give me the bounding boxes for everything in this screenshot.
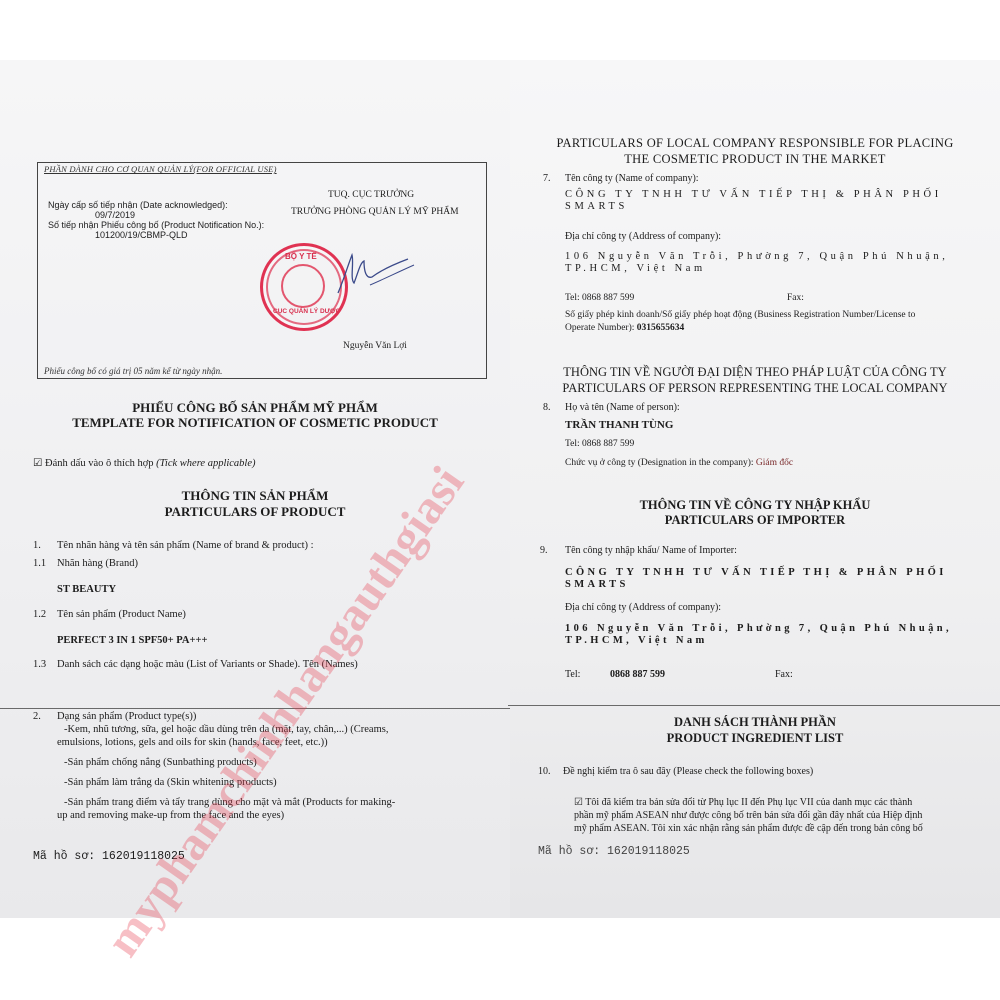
tick-note: ☑ Đánh dấu vào ô thích hợp (Tick where a… — [33, 457, 256, 469]
product-section-vi: THÔNG TIN SẢN PHẨM — [0, 488, 510, 504]
form-title-english: TEMPLATE FOR NOTIFICATION OF COSMETIC PR… — [0, 415, 510, 431]
left-document-page: PHẦN DÀNH CHO CƠ QUAN QUẢN LÝ(FOR OFFICI… — [0, 60, 510, 918]
product-type-1-line2: emulsions, lotions, gels and oils for sk… — [57, 737, 328, 748]
date-acknowledged-value: 09/7/2019 — [95, 210, 135, 220]
form-title-vietnamese: PHIẾU CÔNG BỐ SẢN PHẨM MỸ PHẨM — [0, 400, 510, 416]
item-2-number: 2. — [33, 711, 41, 722]
signature-icon — [330, 249, 420, 299]
product-type-1-line1: -Kem, nhũ tương, sữa, gel hoặc dầu dùng … — [64, 724, 388, 735]
product-name-value: PERFECT 3 IN 1 SPF50+ PA+++ — [57, 635, 207, 646]
checked-box-icon: ☑ — [33, 458, 42, 469]
company-name-line1: CÔNG TY TNHH TƯ VẤN TIẾP THỊ & PHÂN PHỐI — [565, 189, 942, 200]
item-1-label: Tên nhãn hàng và tên sản phẩm (Name of b… — [57, 540, 314, 551]
product-name-label: Tên sản phẩm (Product Name) — [57, 609, 186, 620]
page-fold-left — [0, 708, 510, 709]
importer-name-label: Tên công ty nhập khẩu/ Name of Importer: — [565, 545, 737, 556]
representative-section-vi: THÔNG TIN VỀ NGƯỜI ĐẠI DIỆN THEO PHÁP LU… — [510, 365, 1000, 380]
signer-name: Nguyễn Văn Lợi — [343, 341, 407, 351]
item-1-3-number: 1.3 — [33, 659, 46, 670]
date-acknowledged-label: Ngày cấp số tiếp nhận (Date acknowledged… — [48, 200, 228, 210]
importer-name-line1: CÔNG TY TNHH TƯ VẤN TIẾP THỊ & PHÂN PHỐI — [565, 567, 947, 578]
product-type-3: -Sản phẩm làm trắng da (Skin whitening p… — [64, 777, 277, 788]
right-document-page: PARTICULARS OF LOCAL COMPANY RESPONSIBLE… — [510, 60, 1000, 918]
item-1-2-number: 1.2 — [33, 609, 46, 620]
product-type-4-line1: -Sản phẩm trang điểm và tẩy trang dùng c… — [64, 797, 395, 808]
importer-name-line2: SMARTS — [565, 579, 629, 590]
license-line2: Operate Number): 0315655634 — [565, 323, 684, 333]
item-8-number: 8. — [543, 402, 551, 413]
representative-section-en: PARTICULARS OF PERSON REPRESENTING THE L… — [510, 381, 1000, 396]
importer-section-vi: THÔNG TIN VỀ CÔNG TY NHẬP KHẨU — [510, 498, 1000, 513]
file-code-left: Mã hồ sơ: 162019118025 — [33, 850, 185, 863]
person-name-label: Họ và tên (Name of person): — [565, 402, 680, 413]
ingredient-section-en: PRODUCT INGREDIENT LIST — [510, 731, 1000, 746]
importer-tel-value: 0868 887 599 — [610, 669, 665, 680]
importer-section-en: PARTICULARS OF IMPORTER — [510, 513, 1000, 528]
importer-address-label: Địa chỉ công ty (Address of company): — [565, 602, 721, 613]
variants-label: Danh sách các dạng hoặc màu (List of Var… — [57, 659, 358, 670]
product-type-label: Dạng sản phẩm (Product type(s)) — [57, 711, 196, 722]
item-1-1-number: 1.1 — [33, 558, 46, 569]
validity-note: Phiếu công bố có giá trị 05 năm kể từ ng… — [44, 366, 222, 376]
notification-number-value: 101200/19/CBMP-QLD — [95, 230, 188, 240]
importer-fax-label: Fax: — [775, 669, 793, 680]
authority-title: TUQ. CỤC TRƯỞNG — [328, 190, 414, 200]
brand-value: ST BEAUTY — [57, 584, 116, 595]
address-label: Địa chỉ công ty (Address of company): — [565, 231, 721, 242]
notification-number-label: Số tiếp nhận Phiếu công bố (Product Noti… — [48, 220, 264, 230]
file-code-right: Mã hồ sơ: 162019118025 — [538, 845, 690, 858]
product-section-en: PARTICULARS OF PRODUCT — [0, 504, 510, 520]
item-7-number: 7. — [543, 173, 551, 184]
item-10-number: 10. — [538, 766, 551, 777]
license-label-line1: Số giấy phép kinh doanh/Số giấy phép hoạ… — [565, 310, 915, 320]
address-line2: TP.HCM, Việt Nam — [565, 263, 706, 274]
page-fold-right — [508, 705, 1000, 706]
company-name-label: Tên công ty (Name of company): — [565, 173, 699, 184]
representative-name: TRẦN THANH TÙNG — [565, 419, 673, 431]
tel-line: Tel: 0868 887 599 — [565, 293, 634, 303]
company-section-line1: PARTICULARS OF LOCAL COMPANY RESPONSIBLE… — [510, 136, 1000, 151]
item-9-number: 9. — [540, 545, 548, 556]
importer-address-line1: 106 Nguyễn Văn Trỗi, Phường 7, Quận Phú … — [565, 623, 952, 634]
declaration-line1: ☑ Tôi đã kiểm tra bản sửa đổi từ Phụ lục… — [574, 797, 912, 808]
fax-label: Fax: — [787, 293, 804, 303]
brand-label: Nhãn hàng (Brand) — [57, 558, 138, 569]
representative-tel: Tel: 0868 887 599 — [565, 439, 634, 449]
license-number: 0315655634 — [637, 323, 685, 333]
declaration-checkbox[interactable]: ☑ — [574, 797, 583, 808]
official-use-header: PHẦN DÀNH CHO CƠ QUAN QUẢN LÝ(FOR OFFICI… — [44, 164, 277, 174]
company-name-line2: SMARTS — [565, 201, 628, 212]
check-boxes-label: Đề nghị kiểm tra ô sau đây (Please check… — [563, 766, 813, 777]
address-line1: 106 Nguyễn Văn Trỗi, Phường 7, Quận Phú … — [565, 251, 948, 262]
product-type-2: -Sản phẩm chống nắng (Sunbathing product… — [64, 757, 257, 768]
importer-tel-label: Tel: — [565, 669, 580, 680]
declaration-line3: mỹ phẩm ASEAN. Tôi xin xác nhận rằng sản… — [574, 823, 923, 834]
official-use-box: PHẦN DÀNH CHO CƠ QUAN QUẢN LÝ(FOR OFFICI… — [37, 162, 487, 379]
product-type-4-line2: up and removing make-up from the face an… — [57, 810, 284, 821]
company-section-line2: THE COSMETIC PRODUCT IN THE MARKET — [510, 152, 1000, 167]
importer-address-line2: TP.HCM, Việt Nam — [565, 635, 708, 646]
authority-department: TRƯỞNG PHÒNG QUẢN LÝ MỸ PHẨM — [291, 207, 459, 217]
designation-line: Chức vụ ở công ty (Designation in the co… — [565, 458, 793, 468]
designation-value: Giám đốc — [756, 458, 793, 468]
declaration-line2: phần mỹ phẩm ASEAN như được công bố trên… — [574, 810, 922, 821]
ingredient-section-vi: DANH SÁCH THÀNH PHẦN — [510, 715, 1000, 730]
item-1-number: 1. — [33, 540, 41, 551]
